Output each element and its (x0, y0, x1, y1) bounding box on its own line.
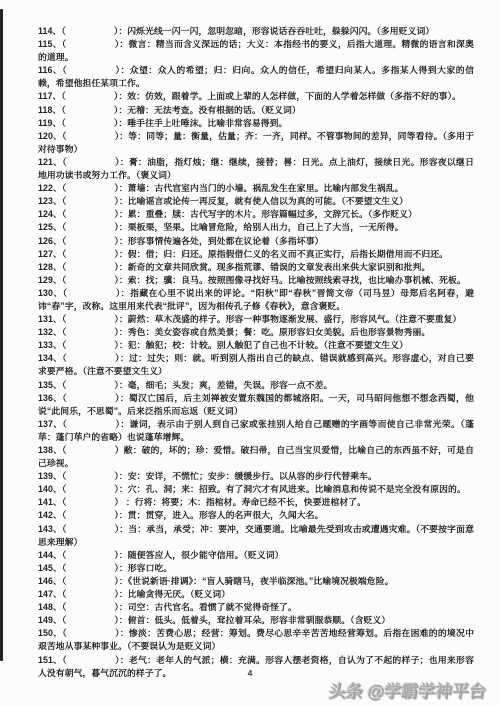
definition-entry: 138、（）敝：破的，坏的；珍：爱惜。破扫帚，自己当宝贝爱惜，比喻自己的东西虽不… (38, 444, 474, 470)
definition-entry: 136、（）：蜀汉亡国后，后主刘禅被安置东魏国的都城洛阳。一天，司马昭问他想不想… (38, 392, 474, 418)
definition-entry: 144、（）：随便答应人，很少能守信用。（贬义词） (38, 549, 474, 562)
definition-entry: 122、（）：萧墙：古代宫室内当门的小墙。祸乱发生在家里。比喻内部发生祸乱。 (38, 182, 474, 195)
entry-number: 131、（ (38, 314, 66, 324)
entry-list: 114、（）：闪烁光线一闪一闪，忽明忽暗，形容说话吞吞吐吐，躲躲闪闪。（多用贬义… (38, 25, 474, 680)
entry-definition: ）：贯：贯穿，进入。形容人的名声很大，久闻大名。 (114, 510, 323, 520)
entry-definition: ）：等：同等；量：衡量，估量；齐：一齐，同样。不管事物间的差异，同等看待。（多用… (38, 131, 474, 154)
entry-number: 127、（ (38, 249, 66, 259)
answer-blank (67, 72, 115, 73)
answer-blank (67, 138, 115, 139)
entry-number: 138、（ (38, 445, 67, 455)
entry-definition: ）：闪烁光线一闪一闪，忽明忽暗，形容说话吞吞吐吐，躲躲闪闪。（多用贬义词） (114, 26, 434, 36)
definition-entry: 148、（）：司空：古代官名。看惯了就不觉得奇怪了。 (38, 601, 474, 614)
entry-definition: ）：累：重叠；牍：古代写字的木片。形容篇幅过多，文辞冗长。（多作贬义） (114, 209, 417, 219)
entry-definition: ）：假：借；归：归还。原指假借仁义的名义而不真正实行，后指长期借用而不归还。 (114, 249, 448, 259)
answer-blank (66, 387, 114, 388)
answer-blank (67, 164, 115, 165)
answer-blank (66, 269, 114, 270)
answer-blank (66, 596, 114, 597)
answer-blank (66, 98, 114, 99)
entry-definition: ）：俯首：低头。低着头，耷拉着耳朵。形容非常驯服恭顺。（含贬义） (114, 615, 390, 625)
answer-blank (66, 570, 114, 571)
entry-definition: ）：形容口吃。 (114, 563, 172, 573)
answer-blank (67, 360, 115, 361)
entry-definition: ）：穴：孔、洞；来：招致。有了洞穴才有风进来。比喻消息和传说不是完全没有原因的。 (114, 484, 465, 494)
answer-blank (66, 504, 114, 505)
entry-definition: ）：微言：精当而含义深远的话；大义：本指经书的要义，后指大道理。精微的语言和深奥… (38, 39, 474, 62)
answer-blank (68, 295, 116, 296)
answer-blank (67, 662, 115, 663)
definition-entry: 142、（）：贯：贯穿，进入。形容人的名声很大，久闻大名。 (38, 509, 474, 522)
entry-definition: ）：随便答应人，很少能守信用。（贬义词） (114, 550, 283, 560)
entry-definition: ）：秀色：美女姿容或自然美景；餐：吃。原形容妇女美貌。后也形容景物秀丽。 (114, 327, 430, 337)
entry-definition: ）：安：安详，不慌忙；安步：缓缓步行。以从容的步行代替乘车。 (114, 471, 377, 481)
definition-entry: 139、（）：安：安详，不慌忙；安步：缓缓步行。以从容的步行代替乘车。 (38, 470, 474, 483)
entry-definition: ）：比喻贪得无厌。（贬义词） (114, 589, 230, 599)
answer-blank (67, 452, 115, 453)
entry-definition: ）：唾手往手上吐唾沫。比喻非常容易得到。 (114, 118, 288, 128)
entry-number: 120、（ (38, 131, 67, 141)
answer-blank (67, 400, 115, 401)
entry-definition: ）：膏：油脂，指灯烛；继：继续，接替；晷：日光。点上油灯，接续日光。形容夜以继日… (38, 157, 474, 180)
answer-blank (66, 517, 114, 518)
entry-number: 142、（ (38, 510, 66, 520)
entry-number: 128、（ (38, 262, 66, 272)
definition-entry: 119、（）：唾手往手上吐唾沫。比喻非常容易得到。 (38, 117, 474, 130)
entry-definition: ）：《世说新语·排调》：“盲人骑瞎马，夜半临深池。”比喻境况极端危险。 (114, 576, 393, 586)
answer-blank (67, 46, 115, 47)
entry-definition: ）：众望：众人的希望；归：归向。众人的信任，希望归向某人。多指某人得到大家的信赖… (38, 65, 474, 88)
definition-entry: 134、（）：过：过失；则：就。听到别人指出自己的缺点、错误就感到高兴。形容虚心… (38, 352, 474, 378)
entry-number: 141、（ (38, 497, 66, 507)
entry-definition: ）：无稽：无法考查。没有根据的话。（贬义词） (114, 105, 301, 115)
answer-blank (66, 256, 114, 257)
definition-entry: 127、（）：假：借；归：归还。原指假借仁义的名义而不真正实行，后指长期借用而不… (38, 248, 474, 261)
entry-number: 148、（ (38, 602, 66, 612)
answer-blank (67, 426, 115, 427)
entry-number: 133、（ (38, 340, 66, 350)
answer-blank (66, 609, 114, 610)
entry-number: 151、（ (38, 655, 67, 665)
entry-number: 115、（ (38, 39, 67, 49)
entry-number: 129、（ (38, 275, 66, 285)
definition-entry: 117、（）：效：仿效，跟着学。上面或上辈的人怎样做，下面的人学着怎样做（多指不… (38, 90, 474, 103)
scan-edge-artifact (0, 9, 3, 661)
definition-entry: 143、（）：当：承当，承受；冲：要冲，交通要道。比喻最先受到攻击或遭遇灾难。（… (38, 523, 474, 549)
entry-definition: ）：惨淡：苦费心思；经营：筹划。费尽心思辛辛苦苦地经营筹划。后指在困难的的境况中… (38, 628, 474, 651)
answer-blank (66, 347, 114, 348)
entry-number: 122、（ (38, 183, 66, 193)
entry-number: 130、（ (38, 288, 68, 298)
definition-entry: 141、（） ：行将：将要；木：指棺材。寿命已经不长，快要进棺材了。 (38, 496, 474, 509)
answer-blank (66, 491, 114, 492)
entry-number: 135、（ (38, 380, 66, 390)
answer-blank (66, 216, 114, 217)
entry-number: 124、（ (38, 209, 66, 219)
entry-number: 136、（ (38, 393, 67, 403)
entry-definition: ）：当：承当，承受；冲：要冲，交通要道。比喻最先受到攻击或遭遇灾难。（不要按字面… (38, 524, 474, 547)
definition-entry: 126、（）：形容事情传遍各处，到处都在议论着（多指坏事） (38, 235, 474, 248)
entry-definition: ）：栗板栗，坚果。比喻冒危险，给别人出力，自己上了大当，一无所得。 (114, 222, 403, 232)
answer-blank (66, 190, 114, 191)
definition-entry: 124、（）：累：重叠；牍：古代写字的木片。形容篇幅过多，文辞冗长。（多作贬义） (38, 208, 474, 221)
entry-number: 144、（ (38, 550, 66, 560)
answer-blank (66, 33, 114, 34)
definition-entry: 125、（）：栗板栗，坚果。比喻冒危险，给别人出力，自己上了大当，一无所得。 (38, 221, 474, 234)
entry-definition: ）：蔚然：草木茂盛的样子。形容一种事物逐渐发展、盛行，形容风气。（注意不要重复） (114, 314, 461, 324)
entry-number: 139、（ (38, 471, 66, 481)
entry-number: 126、（ (38, 236, 66, 246)
entry-definition: ）：新奇的文章共同欣赏。现多指荒谬、错误的文章发表出来供大家识别和批判。 (114, 262, 430, 272)
answer-blank (66, 622, 114, 623)
entry-definition: ） ：行将：将要；木：指棺材。寿命已经不长，快要进棺材了。 (114, 497, 366, 507)
entry-definition: ）：过：过失；则：就。听到别人指出自己的缺点、错误就感到高兴。形容虚心，对自己要… (38, 353, 474, 376)
answer-blank (66, 334, 114, 335)
entry-number: 134、（ (38, 353, 67, 363)
entry-number: 121、（ (38, 157, 67, 167)
entry-number: 146、（ (38, 576, 66, 586)
definition-entry: 133、（）：犯：触犯；校：计较。别人触犯了自己也不计较。（注意不要望文生义） (38, 339, 474, 352)
answer-blank (66, 125, 114, 126)
definition-entry: 120、（）：等：同等；量：衡量，估量；齐：一齐，同样。不管事物间的差异，同等看… (38, 130, 474, 156)
definition-entry: 140、（）：穴：孔、洞；来：招致。有了洞穴才有风进来。比喻消息和传说不是完全没… (38, 483, 474, 496)
entry-number: 118、（ (38, 105, 66, 115)
entry-definition: ）：指藏在心里不说出来的评论。“阳秋”即“春秋”晋简文帝（司马昱）母郑后名阿春，… (38, 288, 474, 311)
definition-entry: 128、（）：新奇的文章共同欣赏。现多指荒谬、错误的文章发表出来供大家识别和批判… (38, 261, 474, 274)
definition-entry: 116、（）：众望：众人的希望；归：归向。众人的信任，希望归向某人。多指某人得到… (38, 64, 474, 90)
answer-blank (66, 321, 114, 322)
entry-definition: ）：谦词，表示由于别人到自己家或张挂别人给自己题赠的字画等而使自己非常光荣。（蓬… (38, 419, 474, 442)
answer-blank (66, 112, 114, 113)
definition-entry: 130、（）：指藏在心里不说出来的评论。“阳秋”即“春秋”晋简文帝（司马昱）母郑… (38, 287, 474, 313)
answer-blank (66, 203, 114, 204)
definition-entry: 135、（）：毫，细毛；头发；爽，差错，失误。形容一点不差。 (38, 379, 474, 392)
definition-entry: 114、（）：闪烁光线一闪一闪，忽明忽暗，形容说话吞吞吐吐，躲躲闪闪。（多用贬义… (38, 25, 474, 38)
entry-definition: ）：形容事情传遍各处，到处都在议论着（多指坏事） (114, 236, 323, 246)
entry-number: 140、（ (38, 484, 66, 494)
entry-definition: ）：效：仿效，跟着学。上面或上辈的人怎样做，下面的人学着怎样做（多指不好的事）。 (114, 91, 461, 101)
definition-entry: 146、（）：《世说新语·排调》：“盲人骑瞎马，夜半临深池。”比喻境况极端危险。 (38, 575, 474, 588)
entry-definition: ）：毫，细毛；头发；爽，差错，失误。形容一点不差。 (114, 380, 332, 390)
entry-number: 132、（ (38, 327, 66, 337)
definition-entry: 150、（）：惨淡：苦费心思；经营：筹划。费尽心思辛辛苦苦地经营筹划。后指在困难… (38, 627, 474, 653)
entry-number: 150、（ (38, 628, 67, 638)
entry-definition: ）：比喻谣言或论传一再反复，就有使人信以为真的可能。（不要望文生义） (114, 196, 408, 206)
entry-definition: ）：司空：古代官名。看惯了就不觉得奇怪了。 (114, 602, 296, 612)
entry-number: 143、（ (38, 524, 67, 534)
answer-blank (66, 583, 114, 584)
answer-blank (67, 531, 115, 532)
definition-entry: 147、（）：比喻贪得无厌。（贬义词） (38, 588, 474, 601)
answer-blank (66, 557, 114, 558)
definition-entry: 118、（）：无稽：无法考查。没有根据的话。（贬义词） (38, 104, 474, 117)
document-page: 114、（）：闪烁光线一闪一闪，忽明忽暗，形容说话吞吞吐吐，躲躲闪闪。（多用贬义… (0, 0, 500, 706)
answer-blank (66, 478, 114, 479)
entry-number: 147、（ (38, 589, 66, 599)
entry-number: 149、（ (38, 615, 66, 625)
definition-entry: 145、（）：形容口吃。 (38, 562, 474, 575)
definition-entry: 132、（）：秀色：美女姿容或自然美景；餐：吃。原形容妇女美貌。后也形容景物秀丽… (38, 326, 474, 339)
answer-blank (67, 635, 115, 636)
definition-entry: 115、（）：微言：精当而含义深远的话；大义：本指经书的要义，后指大道理。精微的… (38, 38, 474, 64)
entry-definition: ）：蜀汉亡国后，后主刘禅被安置东魏国的都城洛阳。一天，司马昭问他想不想念西蜀，他… (38, 393, 474, 416)
entry-number: 114、（ (38, 26, 66, 36)
entry-number: 119、（ (38, 118, 66, 128)
answer-blank (66, 229, 114, 230)
definition-entry: 149、（）：俯首：低头。低着头，耷拉着耳朵。形容非常驯服恭顺。（含贬义） (38, 614, 474, 627)
entry-number: 123、（ (38, 196, 66, 206)
entry-definition: ）敝：破的，坏的；珍：爱惜。破扫帚，自己当宝贝爱惜，比喻自己的东西虽不好，可是自… (38, 445, 474, 468)
entry-definition: ）：索：找；骥：良马。按照图像寻找好马。比喻按照线索寻找，也比喻办事机械、死板。 (114, 275, 465, 285)
definition-entry: 123、（）：比喻谣言或论传一再反复，就有使人信以为真的可能。（不要望文生义） (38, 195, 474, 208)
entry-number: 137、（ (38, 419, 67, 429)
entry-definition: ）：犯：触犯；校：计较。别人触犯了自己也不计较。（注意不要望文生义） (114, 340, 408, 350)
answer-blank (66, 243, 114, 244)
entry-number: 145、（ (38, 563, 66, 573)
answer-blank (66, 282, 114, 283)
entry-number: 125、（ (38, 222, 66, 232)
entry-number: 116、（ (38, 65, 67, 75)
entry-number: 117、（ (38, 91, 66, 101)
watermark: 头条 @学霸学神平台 (327, 677, 487, 702)
definition-entry: 131、（）：蔚然：草木茂盛的样子。形容一种事物逐渐发展、盛行，形容风气。（注意… (38, 313, 474, 326)
entry-definition: ）：萧墙：古代宫室内当门的小墙。祸乱发生在家里。比喻内部发生祸乱。 (114, 183, 403, 193)
definition-entry: 121、（）：膏：油脂，指灯烛；继：继续，接替；晷：日光。点上油灯，接续日光。形… (38, 156, 474, 182)
definition-entry: 129、（）：索：找；骥：良马。按照图像寻找好马。比喻按照线索寻找，也比喻办事机… (38, 274, 474, 287)
definition-entry: 137、（）：谦词，表示由于别人到自己家或张挂别人给自己题赠的字画等而使自己非常… (38, 418, 474, 444)
